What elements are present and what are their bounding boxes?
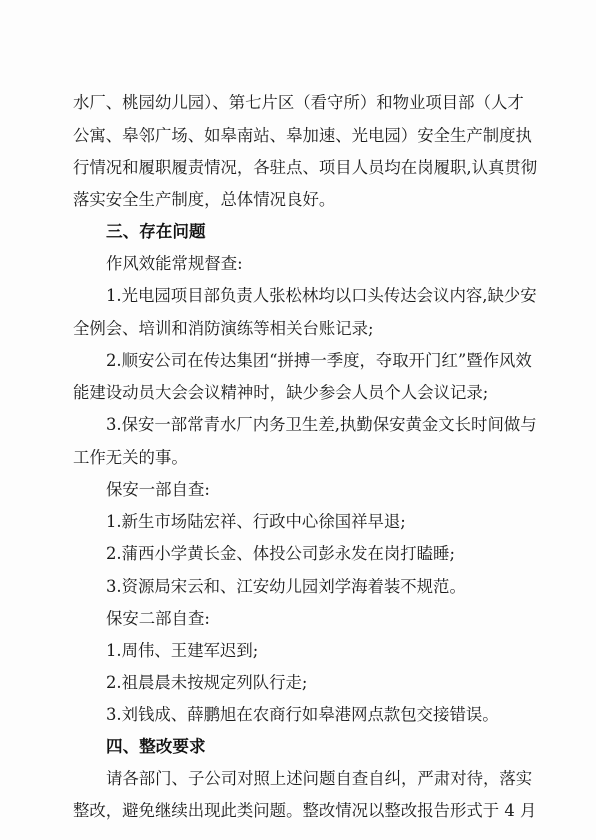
list-item: 2.祖晨晨未按规定列队行走; [106,672,307,694]
list-item: 1.新生市场陆宏祥、行政中心徐国祥早退; [106,511,406,533]
paragraph-line: 落实安全生产制度，总体情况良好。 [73,189,335,211]
subsection-label: 作风效能常规督查: [106,253,243,275]
section-heading-requirements: 四、整改要求 [106,736,206,758]
list-item: 3.刘钱成、薛鹏旭在农商行如皋港网点款包交接错误。 [106,704,499,726]
list-item-continuation: 全例会、培训和消防演练等相关台账记录; [73,318,374,340]
paragraph-line: 请各部门、子公司对照上述问题自查自纠，严肃对待，落实 [106,768,523,790]
subsection-label: 保安二部自查: [106,608,210,630]
paragraph-line: 行情况和履职履责情况，各驻点、项目人员均在岗履职,认真贯彻 [73,157,523,179]
list-item: 1.光电园项目部负责人张松林均以口头传达会议内容,缺少安 [106,285,523,307]
list-item: 2.顺安公司在传达集团“拼搏一季度，夺取开门红”暨作风效 [106,350,523,372]
paragraph-line: 整改，避免继续出现此类问题。整改情况以整改报告形式于 4 月 [73,800,523,822]
subsection-label: 保安一部自查: [106,479,210,501]
list-item: 3.保安一部常青水厂内务卫生差,执勤保安黄金文长时间做与 [106,414,523,436]
list-item: 3.资源局宋云和、江安幼儿园刘学海着装不规范。 [106,576,466,598]
list-item: 1.周伟、王建军迟到; [106,640,258,662]
list-item-continuation: 工作无关的事。 [73,447,188,469]
paragraph-line: 公寓、皋邻广场、如皋南站、皋加速、光电园）安全生产制度执 [73,125,523,147]
section-heading-problems: 三、存在问题 [106,221,206,243]
list-item: 2.蒲西小学黄长金、体投公司彭永发在岗打瞌睡; [106,543,455,565]
paragraph-line: 水厂、桃园幼儿园）、第七片区（看守所）和物业项目部（人才 [73,92,523,114]
list-item-continuation: 能建设动员大会会议精神时，缺少参会人员个人会议记录; [73,382,488,404]
document-page: 水厂、桃园幼儿园）、第七片区（看守所）和物业项目部（人才 公寓、皋邻广场、如皋南… [0,0,596,840]
